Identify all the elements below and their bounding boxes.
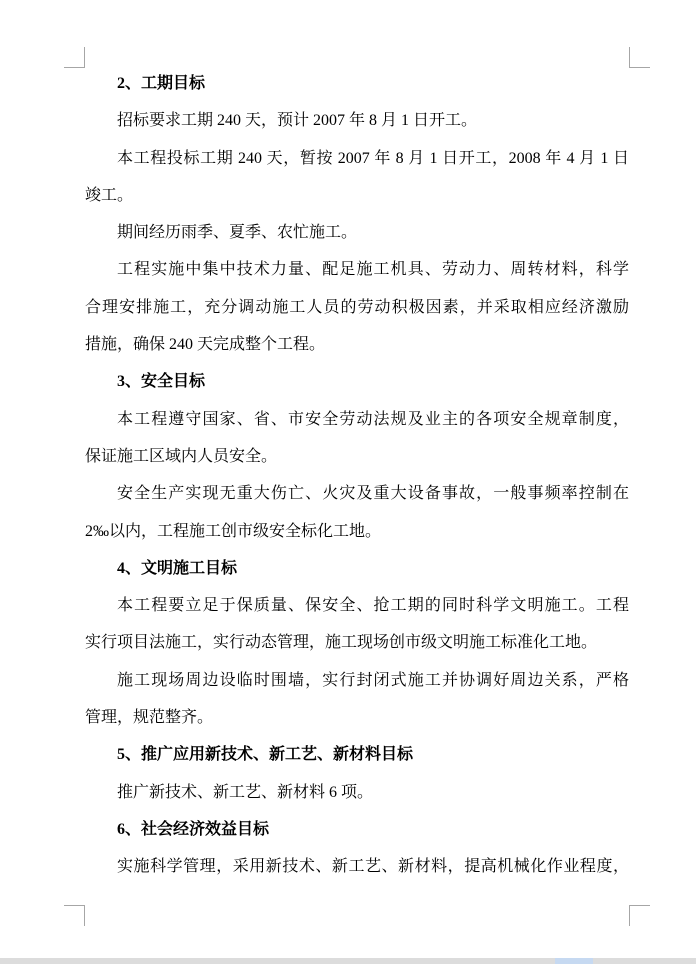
text-line: 保证施工区域内人员安全。 [85,438,629,475]
text-boundary-mark-top-right [629,47,650,68]
text-boundary-mark-bottom-right [629,905,650,926]
horizontal-scrollbar-thumb[interactable] [555,958,593,964]
text-line: 招标要求工期 240 天，预计 2007 年 8 月 1 日开工。 [85,102,629,139]
text-line: 安全生产实现无重大伤亡、火灾及重大设备事故，一般事频率控制在 [85,475,629,512]
section-heading: 4、文明施工目标 [85,550,629,587]
text-line: 竣工。 [85,177,629,214]
section-heading: 5、推广应用新技术、新工艺、新材料目标 [85,736,629,773]
text-line: 本工程要立足于保质量、保安全、抢工期的同时科学文明施工。工程 [85,587,629,624]
text-boundary-mark-top-left [64,47,85,68]
section-heading: 3、安全目标 [85,363,629,400]
text-line: 推广新技术、新工艺、新材料 6 项。 [85,774,629,811]
section-heading: 2、工期目标 [85,65,629,102]
text-line: 期间经历雨季、夏季、农忙施工。 [85,214,629,251]
text-line: 措施，确保 240 天完成整个工程。 [85,326,629,363]
text-line: 2‰以内，工程施工创市级安全标化工地。 [85,513,629,550]
text-line: 合理安排施工，充分调动施工人员的劳动积极因素，并采取相应经济激励 [85,289,629,326]
text-boundary-mark-bottom-left [64,905,85,926]
text-line: 工程实施中集中技术力量、配足施工机具、劳动力、周转材料，科学 [85,251,629,288]
document-page: 2、工期目标招标要求工期 240 天，预计 2007 年 8 月 1 日开工。本… [0,0,696,964]
text-line: 施工现场周边设临时围墙，实行封闭式施工并协调好周边关系，严格 [85,662,629,699]
text-line: 本工程遵守国家、省、市安全劳动法规及业主的各项安全规章制度， [85,401,629,438]
text-line: 本工程投标工期 240 天，暂按 2007 年 8 月 1 日开工，2008 年… [85,140,629,177]
section-heading: 6、社会经济效益目标 [85,811,629,848]
text-line: 实行项目法施工，实行动态管理，施工现场创市级文明施工标准化工地。 [85,624,629,661]
horizontal-scrollbar-track[interactable] [0,958,696,964]
text-line: 实施科学管理，采用新技术、新工艺、新材料，提高机械化作业程度， [85,848,629,885]
text-line: 管理，规范整齐。 [85,699,629,736]
document-text-body: 2、工期目标招标要求工期 240 天，预计 2007 年 8 月 1 日开工。本… [85,65,629,886]
